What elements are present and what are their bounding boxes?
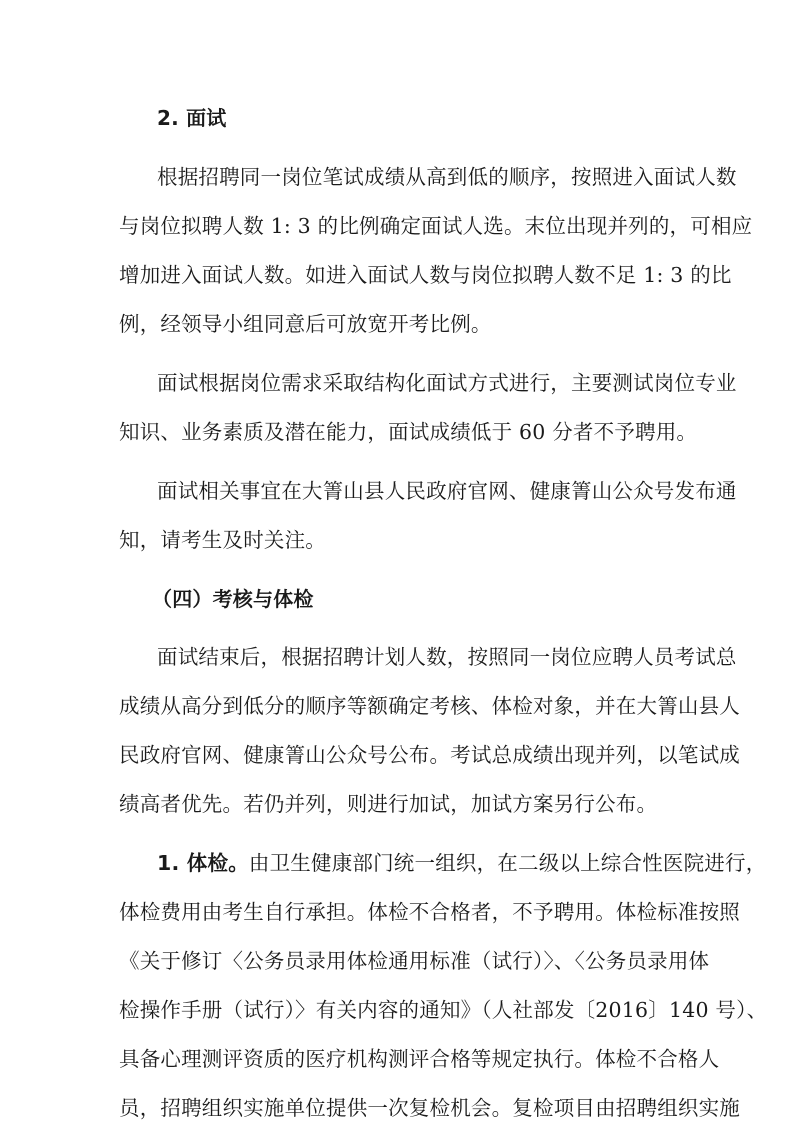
text-line: 知，请考生及时关注。 xyxy=(119,526,679,554)
text-line: 体检费用由考生自行承担。体检不合格者，不予聘用。体检标准按照 xyxy=(119,898,679,926)
text-line: 1. 体检。由卫生健康部门统一组织，在二级以上综合性医院进行， xyxy=(157,849,679,877)
text-line: 例，经领导小组同意后可放宽开考比例。 xyxy=(119,310,679,338)
section-heading-interview: 2. 面试 xyxy=(157,104,679,132)
text-line: 面试结束后，根据招聘计划人数，按照同一岗位应聘人员考试总 xyxy=(157,643,679,671)
document-page: 2. 面试 根据招聘同一岗位笔试成绩从高到低的顺序，按照进入面试人数 与岗位拟聘… xyxy=(0,0,793,1122)
text-line: 检操作手册（试行）〉有关内容的通知》（人社部发〔2016〕140 号）、 xyxy=(119,996,679,1024)
text-line: 绩高者优先。若仍并列，则进行加试，加试方案另行公布。 xyxy=(119,790,679,818)
text-line: 面试根据岗位需求采取结构化面试方式进行，主要测试岗位专业 xyxy=(157,369,679,397)
text-line: 增加进入面试人数。如进入面试人数与岗位拟聘人数不足 1: 3 的比 xyxy=(119,261,679,289)
text-line: 员，招聘组织实施单位提供一次复检机会。复检项目由招聘组织实施 xyxy=(119,1094,679,1122)
text-line: 民政府官网、健康箐山公众号公布。考试总成绩出现并列，以笔试成 xyxy=(119,741,679,769)
physical-exam-label: 1. 体检。 xyxy=(157,851,249,875)
text-line: 与岗位拟聘人数 1: 3 的比例确定面试人选。末位出现并列的，可相应 xyxy=(119,212,679,240)
text-line: 面试相关事宜在大箐山县人民政府官网、健康箐山公众号发布通 xyxy=(157,477,679,505)
text-span: 由卫生健康部门统一组织，在二级以上综合性医院进行， xyxy=(249,851,767,875)
section-heading-assessment: （四）考核与体检 xyxy=(152,585,712,613)
text-line: 知识、业务素质及潜在能力，面试成绩低于 60 分者不予聘用。 xyxy=(119,418,679,446)
text-line: 具备心理测评资质的医疗机构测评合格等规定执行。体检不合格人 xyxy=(119,1045,679,1073)
text-line: 《关于修订〈公务员录用体检通用标准（试行）〉、〈公务员录用体 xyxy=(119,947,679,975)
text-line: 根据招聘同一岗位笔试成绩从高到低的顺序，按照进入面试人数 xyxy=(157,163,679,191)
text-line: 成绩从高分到低分的顺序等额确定考核、体检对象，并在大箐山县人 xyxy=(119,692,679,720)
